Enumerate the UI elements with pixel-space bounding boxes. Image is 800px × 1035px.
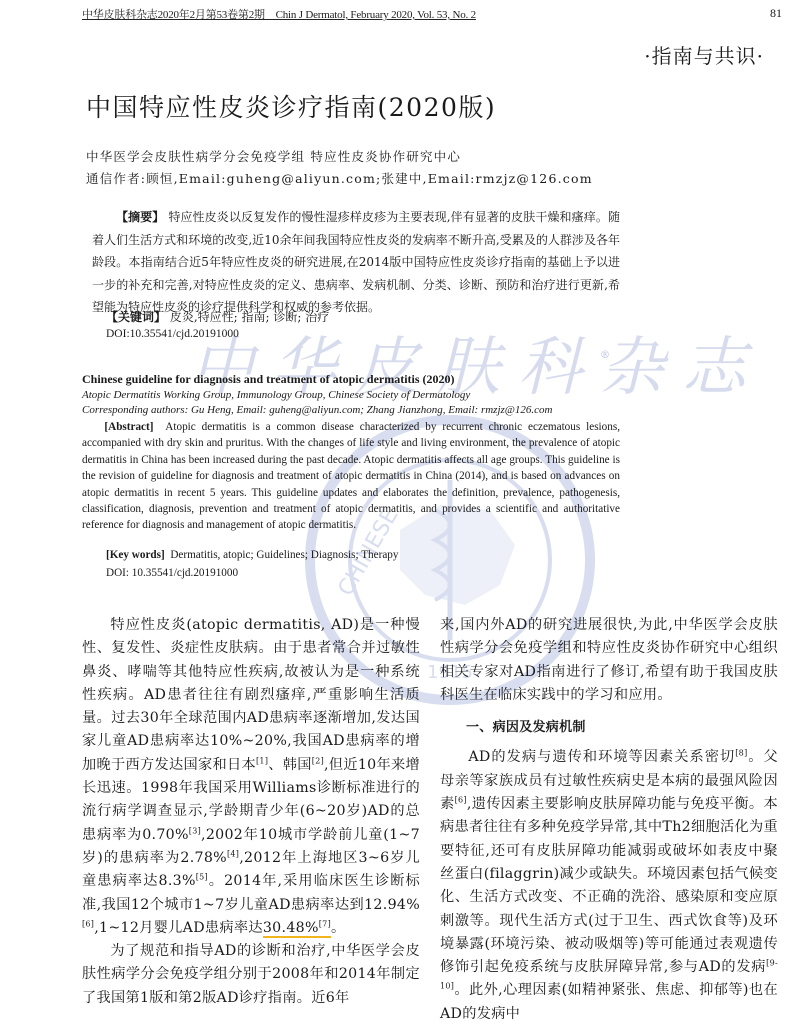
history-paragraph-continued: 来,国内外AD的研究进展很快,为此,中华医学会皮肤性病学分会免疫学组和特应性皮炎…: [440, 614, 778, 707]
citation-2[interactable]: [2]: [312, 756, 324, 765]
english-corresponding-authors: Corresponding authors: Gu Heng, Email: g…: [82, 404, 553, 416]
english-abstract-label: [Abstract]: [104, 421, 153, 433]
english-abstract-text: Atopic dermatitis is a common disease ch…: [82, 421, 620, 531]
history-paragraph: 为了规范和指导AD的诊断和治疗,中华医学会皮肤性病学分会免疫学组分别于2008年…: [82, 940, 420, 1010]
highlighted-prevalence: 30.48%[7]: [263, 920, 331, 938]
keywords-text: 皮炎,特应性; 指南; 诊断; 治疗: [170, 310, 329, 324]
citation-5[interactable]: [5]: [196, 873, 208, 882]
citation-1[interactable]: [1]: [256, 756, 268, 765]
corresponding-authors: 通信作者:顾恒,Email:guheng@aliyun.com;张建中,Emai…: [86, 168, 593, 190]
keywords-chinese: 【关键词】 皮炎,特应性; 指南; 诊断; 治疗: [106, 306, 329, 328]
doi-english[interactable]: DOI: 10.35541/cjd.20191000: [106, 567, 238, 579]
article-title: 中国特应性皮炎诊疗指南(2020版): [86, 88, 496, 124]
citation-6[interactable]: [6]: [82, 919, 94, 928]
english-author-group: Atopic Dermatitis Working Group, Immunol…: [82, 389, 470, 401]
page-number: 81: [770, 6, 782, 21]
english-keywords-text: Dermatitis, atopic; Guidelines; Diagnosi…: [170, 549, 398, 561]
keywords-label: 【关键词】: [106, 310, 166, 324]
english-keywords-label: [Key words]: [106, 549, 165, 561]
citation-8[interactable]: [8]: [735, 749, 747, 758]
citation-7[interactable]: [7]: [319, 919, 331, 928]
running-head: 中华皮肤科杂志2020年2月第53卷第2期 Chin J Dermatol, F…: [82, 6, 476, 22]
abstract-text: 特应性皮炎以反复发作的慢性湿疹样皮疹为主要表现,伴有显著的皮肤干燥和瘙痒。随着人…: [92, 210, 620, 314]
keywords-english: [Key words] Dermatitis, atopic; Guidelin…: [106, 549, 399, 561]
body-column-left: 特应性皮炎(atopic dermatitis, AD)是一种慢性、复发性、炎症…: [82, 614, 420, 1010]
doi-chinese[interactable]: DOI:10.35541/cjd.20191000: [106, 328, 239, 340]
author-group: 中华医学会皮肤性病学分会免疫学组 特应性皮炎协作研究中心: [86, 146, 593, 168]
section-heading-etiology: 一、病因及发病机制: [466, 716, 778, 739]
intro-paragraph: 特应性皮炎(atopic dermatitis, AD)是一种慢性、复发性、炎症…: [82, 614, 420, 940]
citation-6-repeat[interactable]: [6]: [455, 795, 467, 804]
abstract-english: [Abstract] Atopic dermatitis is a common…: [82, 419, 620, 534]
english-title: Chinese guideline for diagnosis and trea…: [82, 372, 455, 387]
abstract-label: 【摘要】: [116, 210, 164, 224]
etiology-paragraph: AD的发病与遗传和环境等因素关系密切[8]。父母亲等家族成员有过敏性疾病史是本病…: [440, 746, 778, 1026]
abstract-chinese: 【摘要】 特应性皮炎以反复发作的慢性湿疹样皮疹为主要表现,伴有显著的皮肤干燥和瘙…: [92, 206, 620, 319]
citation-4[interactable]: [4]: [227, 849, 239, 858]
column-label: ·指南与共识·: [644, 40, 764, 69]
body-column-right: 来,国内外AD的研究进展很快,为此,中华医学会皮肤性病学分会免疫学组和特应性皮炎…: [440, 614, 778, 1026]
author-block: 中华医学会皮肤性病学分会免疫学组 特应性皮炎协作研究中心 通信作者:顾恒,Ema…: [86, 146, 593, 190]
registered-mark: ®: [600, 350, 610, 361]
citation-3[interactable]: [3]: [189, 826, 201, 835]
